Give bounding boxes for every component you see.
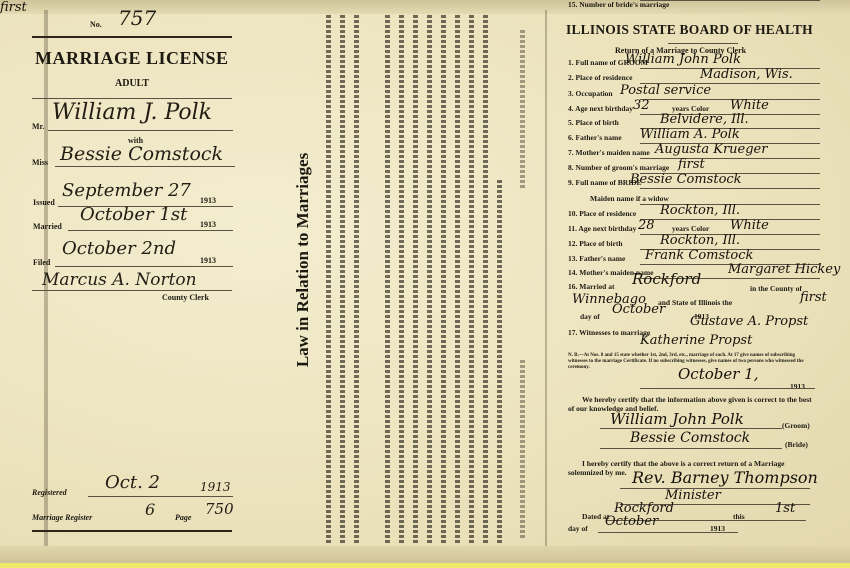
return-field-color-value: White [730,98,769,113]
return-field-value: Madison, Wis. [700,67,793,82]
registered-date: Oct. 2 [105,472,160,493]
return-field-value: first [0,0,27,15]
return-field-value: Frank Comstock [645,248,753,263]
law-text-column [326,15,331,543]
underline [600,448,782,449]
registered-year: 1913 [200,480,231,494]
divider [32,98,232,99]
married-label: Married [33,222,62,231]
issued-year: 1913 [200,196,216,205]
law-text-column [483,15,488,543]
board-title: ILLINOIS STATE BOARD OF HEALTH [566,22,813,38]
return-field-value: Rockton, Ill. [660,203,740,218]
underline [48,130,233,131]
groom-sig-label: (Groom) [782,421,810,430]
law-text-column [354,15,359,543]
married-at-value: Rockford [632,270,701,288]
underline [600,428,782,429]
state-label: and State of Illinois the [658,298,732,307]
underline [640,0,820,1]
witness-1: Gustave A. Propst [690,314,808,329]
return-field-color-value: White [730,218,769,233]
groom-label: Mr. [32,122,44,131]
bride-label: Miss [32,158,48,167]
issued-date: September 27 [62,180,191,201]
month2-value: October [605,514,658,529]
law-text-column [427,15,432,543]
underline [55,266,233,267]
date-value: October 1, [678,365,759,383]
filed-label: Filed [33,258,50,267]
return-field-value: Margaret Hickey [728,262,840,277]
day-value: first [800,290,827,305]
county-label: in the County of [750,284,802,293]
underline [640,158,820,159]
groom-signature: William John Polk [610,410,744,428]
return-field-label: 6. Father's name [568,133,622,142]
return-field-label: 15. Number of bride's marriage [568,0,669,9]
law-text-column [413,15,418,543]
return-field-label: 7. Mother's maiden name [568,148,650,157]
return-field-label: Maiden name if a widow [590,194,669,203]
return-field-label: 12. Place of birth [568,239,623,248]
law-text-column [385,15,390,543]
underline [32,290,232,291]
register-number: 6 [145,500,155,519]
clerk-signature: Marcus A. Norton [42,270,197,290]
underline [88,496,233,497]
return-field-label: 11. Age next birthday [568,224,636,233]
return-field-value: William John Polk [625,52,741,67]
underline [640,188,820,189]
law-title: Law in Relation to Marriages [293,153,313,367]
day-of2-label: day of [568,524,588,533]
return-field-label: 5. Place of birth [568,118,619,127]
divider [668,43,738,44]
number-value: 757 [118,6,156,30]
law-text-column [455,15,460,543]
bottom-edge [0,563,850,568]
day-of-label: day of [580,312,600,321]
law-text-column [497,180,502,543]
married-at-label: 16. Married at [568,282,614,291]
groom-name: William J. Polk [52,100,212,125]
return-field-label: 10. Place of residence [568,209,636,218]
return-field-value: first [678,157,705,172]
page-label: Page [175,513,191,522]
bride-signature: Bessie Comstock [630,430,750,446]
month-value: October [612,302,665,317]
fold-line-right [545,10,547,546]
page-number: 750 [205,500,234,518]
return-field-value: Rockton, Ill. [660,233,740,248]
return-field-label: 8. Number of groom's marriage [568,163,669,172]
married-date: October 1st [80,204,187,225]
return-field-value: Augusta Krueger [655,142,767,157]
divider [32,530,232,532]
return-field-value: Bessie Comstock [630,172,742,187]
issued-label: Issued [33,198,55,207]
this-value: 1st [775,501,795,516]
return-field-label: 4. Age next birthday [568,104,633,113]
footer-note-column [520,30,525,188]
underline [598,532,738,533]
number-label: No. [90,20,102,29]
law-text-column [469,15,474,543]
filed-date: October 2nd [62,238,176,259]
law-text-column [399,15,404,543]
marriage-license-document: No. 757 MARRIAGE LICENSE ADULT Mr. Willi… [0,0,850,568]
return-field-value: Belvidere, Ill. [660,112,749,127]
married-year: 1913 [200,220,216,229]
footer-note-column [520,360,525,538]
register-label: Marriage Register [32,513,92,522]
underline [55,166,235,167]
license-subtitle: ADULT [115,78,149,89]
license-title: MARRIAGE LICENSE [35,48,229,69]
return-field-value: 32 [633,98,650,113]
bride-sig-label: (Bride) [785,440,808,449]
date-year: 1913 [790,382,805,391]
divider [32,36,232,38]
return-field-value: Postal service [620,83,711,98]
clerk-title: County Clerk [162,293,209,302]
underline [640,388,815,389]
return-field-label: 13. Father's name [568,254,625,263]
return-field-label: 3. Occupation [568,89,613,98]
underline [68,230,233,231]
return-field-label: 2. Place of residence [568,73,632,82]
return-field-suffix: years Color [672,224,709,233]
return-field-value: 28 [638,218,655,233]
witness-2: Katherine Propst [640,333,752,348]
filed-year: 1913 [200,256,216,265]
bride-name: Bessie Comstock [60,143,223,165]
return-field-value: William A. Polk [640,127,740,142]
law-text-column [340,15,345,543]
witness-label: 17. Witnesses to marriage [568,328,650,337]
registered-label: Registered [32,488,67,497]
officiant-signature: Rev. Barney Thompson [632,468,818,487]
law-text-column [441,15,446,543]
